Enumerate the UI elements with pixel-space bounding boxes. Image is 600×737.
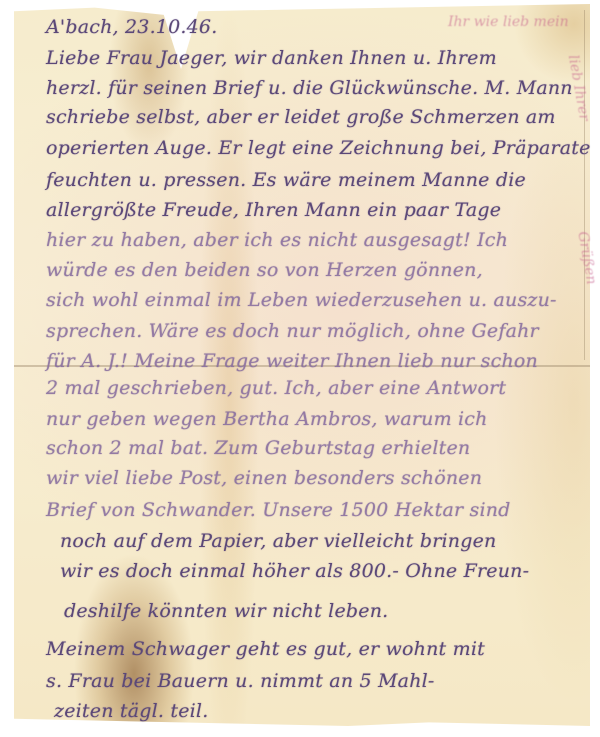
letter-line: Liebe Frau Jaeger, wir danken Ihnen u. I… [46,47,497,69]
letter-line: für A. J.! Meine Frage weiter Ihnen lieb… [46,350,538,372]
letter-line: würde es den beiden so von Herzen gönnen… [46,259,483,281]
letter-line: zeiten tägl. teil. [54,700,208,722]
letter-line: sich wohl einmal im Leben wiederzusehen … [46,289,557,311]
letter-dateline: A'bach, 23.10.46. [46,16,217,38]
letter-line: 2 mal geschrieben, gut. Ich, aber eine A… [46,377,506,399]
letter-line: schriebe selbst, aber er leidet große Sc… [46,106,556,128]
letter-line: nur geben wegen Bertha Ambros, warum ich [46,408,488,430]
letter-line: allergrößte Freude, Ihren Mann ein paar … [46,199,501,221]
letter-line: hier zu haben, aber ich es nicht ausgesa… [46,229,508,251]
letter-line: sprechen. Wäre es doch nur möglich, ohne… [46,320,539,342]
letter-line: Meinem Schwager geht es gut, er wohnt mi… [46,638,485,660]
letter-line: Brief von Schwander. Unsere 1500 Hektar … [46,499,511,521]
letter-line: herzl. für seinen Brief u. die Glückwüns… [46,77,573,99]
bleed-through-text: Grüßen [574,230,599,286]
letter-line: wir viel liebe Post, einen besonders sch… [46,467,482,489]
letter-line: deshilfe könnten wir nicht leben. [64,600,388,622]
letter-line: wir es doch einmal höher als 800.- Ohne … [60,560,529,582]
letter-line: schon 2 mal bat. Zum Geburtstag erhielte… [46,437,470,459]
letter-line: s. Frau bei Bauern u. nimmt an 5 Mahl- [46,670,435,692]
letter-line: feuchten u. pressen. Es wäre meinem Mann… [46,169,526,191]
letter-line: operierten Auge. Er legt eine Zeichnung … [46,137,591,159]
letter-line: noch auf dem Papier, aber vielleicht bri… [60,530,496,552]
handwritten-letter: Ihr wie lieb mein lieb Ihrer Grüßen A'ba… [0,0,600,737]
bleed-through-text: Ihr wie lieb mein [448,14,569,30]
